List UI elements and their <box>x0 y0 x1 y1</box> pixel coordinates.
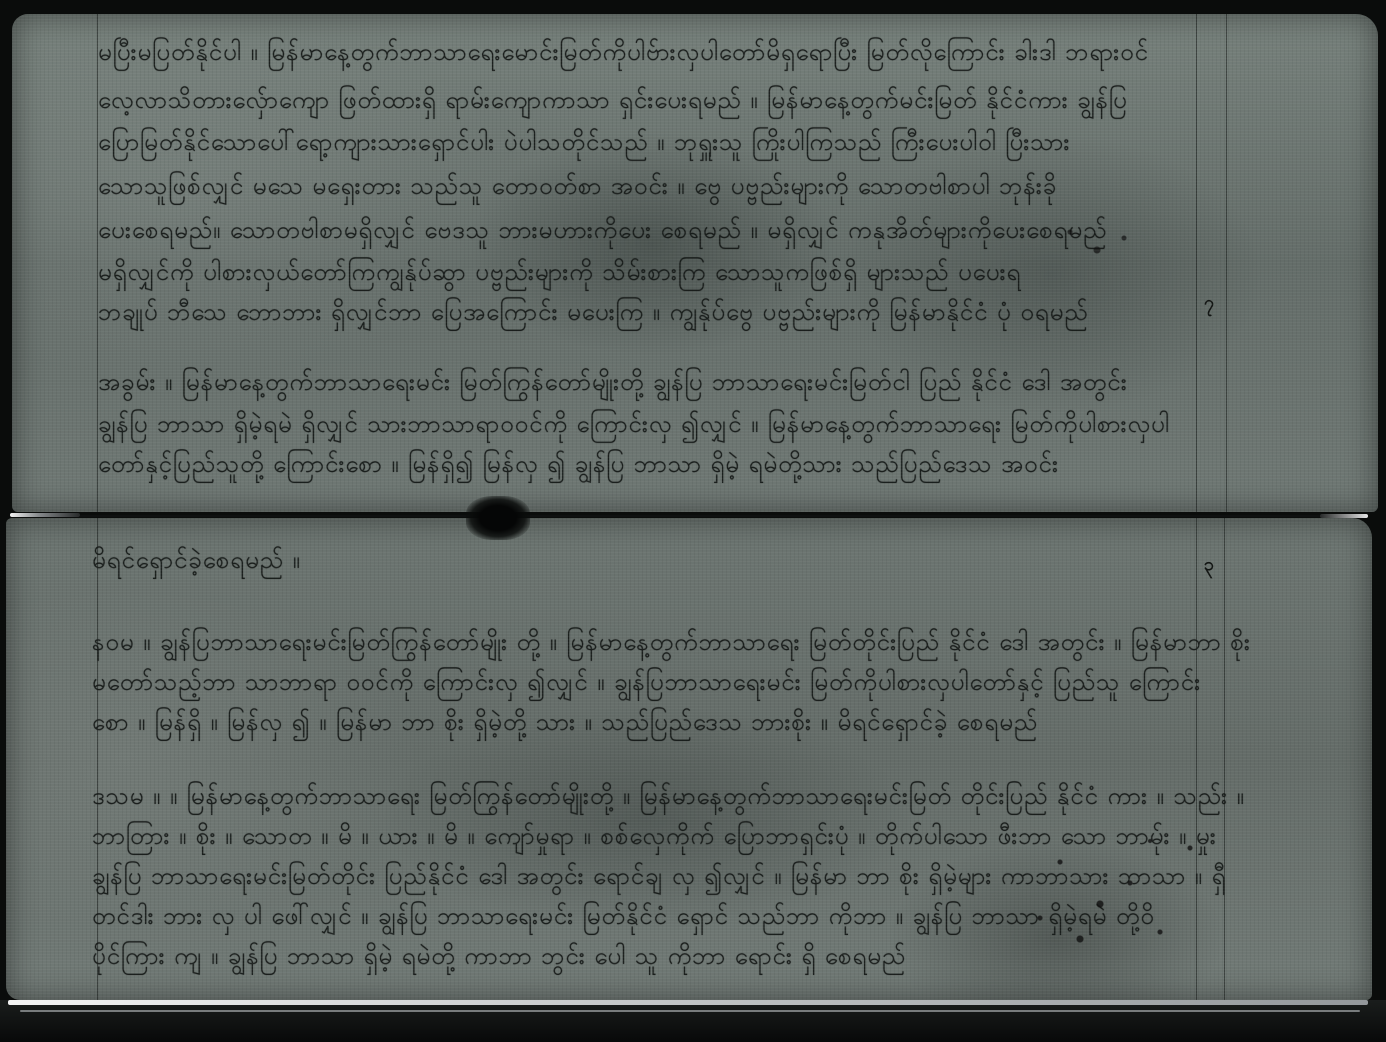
ink-spots <box>1020 820 1220 960</box>
text-line: ချွန်ပြ ဘာသာ ရှိမဲ့ရမဲ ရှိလျှင် သားဘာသာရ… <box>98 408 1170 444</box>
text-line: မရှိလျှင်ကို ပါစားလှယ်တော်ကြကျွန်ုပ်ဆွာ … <box>98 256 1021 292</box>
text-line: ဒသမ ။ ။ မြန်မာနေ့တွက်ဘာသာရေး မြတ်ကြွန်တေ… <box>92 780 1245 816</box>
folio-number: ၃ <box>1204 552 1214 579</box>
section-heading: မိရင်ရှောင်ခဲ့စေရမည် ။ <box>92 544 301 580</box>
text-line: အခွမ်း ။ မြန်မာနေ့တွက်ဘာသာရေးမင်း မြတ်ကြ… <box>98 366 1128 402</box>
scan-bottom-edge <box>0 1000 1386 1042</box>
text-line: ပိုင်ကြား ကျ ။ ချွန်ပြ ဘာသာ ရှိမဲ့ ရမဲတိ… <box>92 940 906 976</box>
text-line: နဝမ ။ ချွန်ပြဘာသာရေးမင်းမြတ်ကြွန်တော်မျိ… <box>92 626 1251 662</box>
text-line: ပေးစေရမည်။ သောတဗါစာမရှိလျှင် ဗေဒသူ ဘားမဟ… <box>98 214 1107 250</box>
text-line: ဘချုပ် ဘီသေ ဘောဘား ရှိလျှင်ဘာ ပြေအကြောင်… <box>98 296 1089 332</box>
right-margin-rule-outer <box>1226 14 1227 512</box>
manuscript-leaf-top: မပြီးမပြတ်နိုင်ပါ ။ မြန်မာနေ့တွက်ဘာသာရေး… <box>12 14 1378 512</box>
leaf-bottom-edge-highlight <box>8 1000 1368 1005</box>
leaf-bottom-edge-highlight-2 <box>20 1010 1360 1012</box>
ink-blot <box>466 496 530 540</box>
text-line: မတော်သည့်ဘာ သာဘာရာ ဝဝင်ကို ကြောင်းလှ ၍လျ… <box>92 666 1201 702</box>
right-margin-rule-outer <box>1224 518 1225 1000</box>
text-line: တော်နှင့်ပြည်သူတို့ ကြောင်းစော ။ မြန်ရှိ… <box>98 448 1059 484</box>
leaf-gap-line <box>80 515 1320 517</box>
right-margin-rule-inner <box>1196 14 1197 512</box>
folio-number: ၇ <box>1204 290 1214 317</box>
text-line: သောသူဖြစ်လျှင် မသေ မရှေးတား သည်သူ တောဝတ်… <box>98 170 1057 206</box>
text-line: ပြောမြတ်နိုင်သောပေါ်ရော့ကျားသားရှောင်ပါး… <box>98 126 1070 162</box>
leaf-edge-highlight-left <box>10 513 80 517</box>
text-line: လေ့လာသိတားလှ်ောကျော ဖြတ်ထားရှိ ရာမ်းကျော… <box>98 84 1128 120</box>
ink-spots <box>1052 214 1142 274</box>
text-line: မပြီးမပြတ်နိုင်ပါ ။ မြန်မာနေ့တွက်ဘာသာရေး… <box>98 36 1149 72</box>
text-line: တင်ဒါး ဘား လှ ပါ ဖေါ်လျှင် ။ ချွန်ပြ ဘာသ… <box>92 900 1155 936</box>
text-line: စော ။ မြန်ရှိ ။ မြန်လှ ၍ ။ မြန်မာ ဘာ စို… <box>92 706 1038 742</box>
